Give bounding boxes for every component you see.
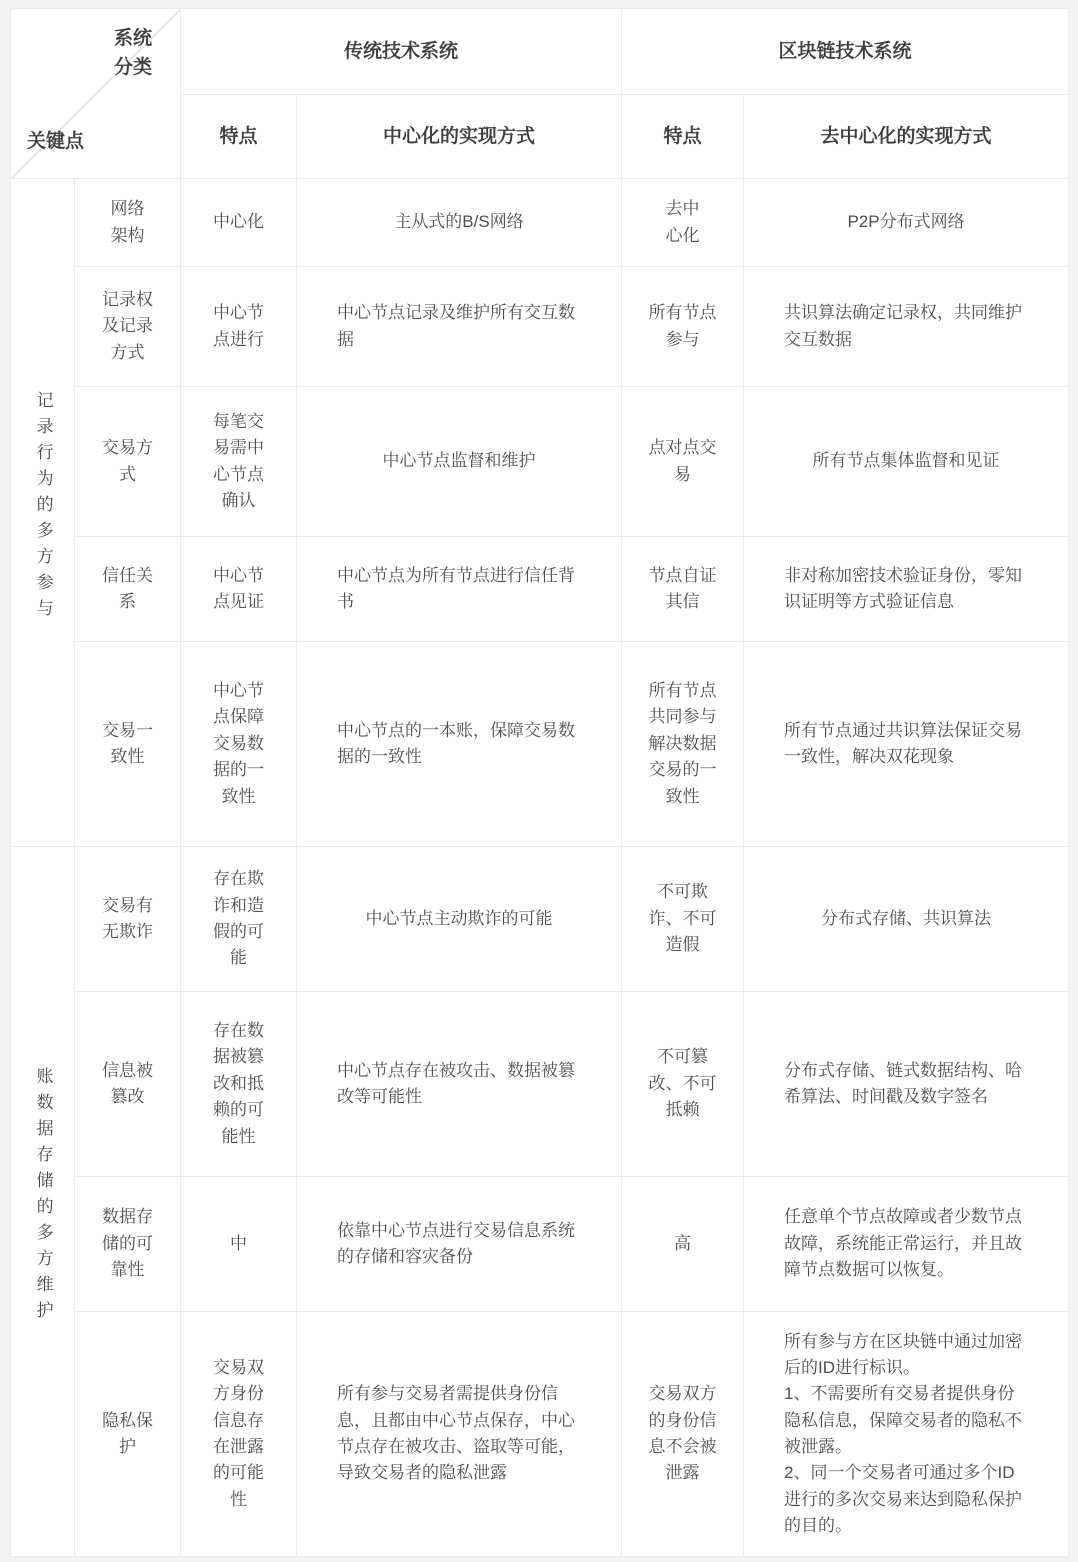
table-row: 记录权及记录方式中心节点进行中心节点记录及维护所有交互数据所有节点参与共识算法确… bbox=[11, 267, 1069, 387]
bc-impl-cell: 所有参与方在区块链中通过加密后的ID进行标识。 1、不需要所有交易者提供身份隐私… bbox=[744, 1312, 1069, 1557]
trad-feature-cell: 交易双方身份信息存在泄露的可能性 bbox=[181, 1312, 297, 1557]
row-group-label: 账数据存储的多方维护 bbox=[29, 1067, 55, 1327]
bc-feature-cell-text: 高 bbox=[648, 1231, 717, 1257]
table-row: 数据存储的可靠性中依靠中心节点进行交易信息系统的存储和容灾备份高任意单个节点故障… bbox=[11, 1177, 1069, 1312]
trad-feature-cell: 中心节点保障交易数据的一致性 bbox=[181, 642, 297, 847]
row-key-cell: 隐私保护 bbox=[75, 1312, 181, 1557]
trad-feature-cell: 中心化 bbox=[181, 179, 297, 267]
row-key-cell: 网络 架构 bbox=[75, 179, 181, 267]
trad-impl-cell-text: 中心节点记录及维护所有交互数据 bbox=[337, 300, 581, 353]
trad-feature-cell-text: 中心化 bbox=[207, 209, 270, 235]
bc-feature-cell: 点对点交易 bbox=[622, 387, 744, 537]
row-key-cell-text: 交易方式 bbox=[95, 435, 160, 488]
row-key-cell-text: 数据存储的可靠性 bbox=[95, 1204, 160, 1283]
bc-feature-cell-text: 不可篡改、不可抵赖 bbox=[648, 1044, 717, 1123]
trad-impl-cell: 中心节点主动欺诈的可能 bbox=[297, 847, 622, 992]
bc-feature-cell: 所有节点参与 bbox=[622, 267, 744, 387]
bc-impl-cell-text: 所有参与方在区块链中通过加密后的ID进行标识。 1、不需要所有交易者提供身份隐私… bbox=[784, 1329, 1028, 1540]
table-body: 记录行为的多方参与网络 架构中心化主从式的B/S网络去中 心化P2P分布式网络记… bbox=[11, 179, 1069, 1557]
bc-impl-cell-text: 所有节点通过共识算法保证交易一致性，解决双花现象 bbox=[784, 718, 1028, 771]
bc-impl-cell: P2P分布式网络 bbox=[744, 179, 1069, 267]
bc-feature-cell: 高 bbox=[622, 1177, 744, 1312]
bc-impl-cell: 所有节点通过共识算法保证交易一致性，解决双花现象 bbox=[744, 642, 1069, 847]
row-key-cell: 信息被篡改 bbox=[75, 992, 181, 1177]
row-key-cell: 信任关系 bbox=[75, 537, 181, 642]
header-blockchain-system: 区块链技术系统 bbox=[622, 9, 1069, 95]
trad-feature-cell: 每笔交易需中心节点确认 bbox=[181, 387, 297, 537]
row-key-cell-text: 交易一致性 bbox=[95, 718, 160, 771]
bc-feature-cell: 不可欺诈、不可造假 bbox=[622, 847, 744, 992]
row-key-cell-text: 交易有无欺诈 bbox=[95, 893, 160, 946]
bc-impl-cell-text: 非对称加密技术验证身份，零知识证明等方式验证信息 bbox=[784, 563, 1028, 616]
trad-impl-cell-text: 中心节点的一本账，保障交易数据的一致性 bbox=[337, 718, 581, 771]
table-row: 信任关系中心节点见证中心节点为所有节点进行信任背书节点自证其信非对称加密技术验证… bbox=[11, 537, 1069, 642]
trad-impl-cell: 中心节点为所有节点进行信任背书 bbox=[297, 537, 622, 642]
trad-impl-cell: 所有参与交易者需提供身份信息，且都由中心节点保存，中心节点存在被攻击、盗取等可能… bbox=[297, 1312, 622, 1557]
table-row: 交易方式每笔交易需中心节点确认中心节点监督和维护点对点交易所有节点集体监督和见证 bbox=[11, 387, 1069, 537]
row-key-cell: 记录权及记录方式 bbox=[75, 267, 181, 387]
bc-impl-cell-text: P2P分布式网络 bbox=[847, 209, 964, 235]
trad-impl-cell-text: 依靠中心节点进行交易信息系统的存储和容灾备份 bbox=[337, 1218, 581, 1271]
table-row: 交易一致性中心节点保障交易数据的一致性中心节点的一本账，保障交易数据的一致性所有… bbox=[11, 642, 1069, 847]
trad-impl-cell: 中心节点的一本账，保障交易数据的一致性 bbox=[297, 642, 622, 847]
trad-feature-cell: 存在数据被篡改和抵赖的可能性 bbox=[181, 992, 297, 1177]
trad-feature-cell-text: 中心节点见证 bbox=[207, 563, 270, 616]
bc-feature-cell-text: 点对点交易 bbox=[648, 435, 717, 488]
header-bc-implementation: 去中心化的实现方式 bbox=[744, 95, 1069, 179]
bc-feature-cell-text: 所有节点参与 bbox=[648, 300, 717, 353]
row-group-cell: 记录行为的多方参与 bbox=[11, 179, 75, 847]
trad-impl-cell-text: 所有参与交易者需提供身份信息，且都由中心节点保存，中心节点存在被攻击、盗取等可能… bbox=[337, 1381, 581, 1486]
header-trad-feature: 特点 bbox=[181, 95, 297, 179]
trad-feature-cell: 中心节点进行 bbox=[181, 267, 297, 387]
bc-impl-cell: 分布式存储、链式数据结构、哈希算法、时间戳及数字签名 bbox=[744, 992, 1069, 1177]
bc-feature-cell-text: 所有节点共同参与解决数据交易的一致性 bbox=[648, 678, 717, 810]
page: 系统 分类 关键点 传统技术系统 区块链技术系统 特点 中心化的实现方式 特点 … bbox=[0, 0, 1078, 1562]
trad-feature-cell: 中 bbox=[181, 1177, 297, 1312]
bc-feature-cell-text: 不可欺诈、不可造假 bbox=[648, 879, 717, 958]
trad-impl-cell: 中心节点存在被攻击、数据被篡改等可能性 bbox=[297, 992, 622, 1177]
trad-feature-cell-text: 存在欺诈和造假的可能 bbox=[207, 866, 270, 971]
row-key-cell-text: 网络 架构 bbox=[95, 196, 160, 249]
trad-impl-cell: 依靠中心节点进行交易信息系统的存储和容灾备份 bbox=[297, 1177, 622, 1312]
comparison-table: 系统 分类 关键点 传统技术系统 区块链技术系统 特点 中心化的实现方式 特点 … bbox=[10, 8, 1069, 1557]
bc-impl-cell: 共识算法确定记录权，共同维护交互数据 bbox=[744, 267, 1069, 387]
trad-impl-cell: 中心节点记录及维护所有交互数据 bbox=[297, 267, 622, 387]
trad-feature-cell-text: 每笔交易需中心节点确认 bbox=[207, 409, 270, 514]
row-group-label: 记录行为的多方参与 bbox=[29, 391, 55, 625]
corner-cell: 系统 分类 关键点 bbox=[11, 9, 181, 179]
table-row: 隐私保护交易双方身份信息存在泄露的可能性所有参与交易者需提供身份信息，且都由中心… bbox=[11, 1312, 1069, 1557]
bc-impl-cell: 所有节点集体监督和见证 bbox=[744, 387, 1069, 537]
trad-impl-cell-text: 主从式的B/S网络 bbox=[394, 209, 523, 235]
bc-feature-cell-text: 去中 心化 bbox=[648, 196, 717, 249]
bc-impl-cell-text: 分布式存储、链式数据结构、哈希算法、时间戳及数字签名 bbox=[784, 1058, 1028, 1111]
trad-impl-cell: 中心节点监督和维护 bbox=[297, 387, 622, 537]
bc-impl-cell-text: 任意单个节点故障或者少数节点故障，系统能正常运行，并且故障节点数据可以恢复。 bbox=[784, 1204, 1028, 1283]
trad-impl-cell-text: 中心节点为所有节点进行信任背书 bbox=[337, 563, 581, 616]
trad-feature-cell-text: 中心节点保障交易数据的一致性 bbox=[207, 678, 270, 810]
trad-impl-cell-text: 中心节点存在被攻击、数据被篡改等可能性 bbox=[337, 1058, 581, 1111]
bc-feature-cell-text: 节点自证其信 bbox=[648, 563, 717, 616]
trad-feature-cell-text: 存在数据被篡改和抵赖的可能性 bbox=[207, 1018, 270, 1150]
row-key-cell: 数据存储的可靠性 bbox=[75, 1177, 181, 1312]
bc-feature-cell: 所有节点共同参与解决数据交易的一致性 bbox=[622, 642, 744, 847]
header-bc-feature: 特点 bbox=[622, 95, 744, 179]
bc-impl-cell-text: 所有节点集体监督和见证 bbox=[813, 448, 1000, 474]
row-key-cell: 交易一致性 bbox=[75, 642, 181, 847]
row-key-cell: 交易有无欺诈 bbox=[75, 847, 181, 992]
trad-feature-cell: 存在欺诈和造假的可能 bbox=[181, 847, 297, 992]
corner-top-label: 系统 分类 bbox=[114, 25, 152, 82]
bc-feature-cell: 节点自证其信 bbox=[622, 537, 744, 642]
table-row: 账数据存储的多方维护交易有无欺诈存在欺诈和造假的可能中心节点主动欺诈的可能不可欺… bbox=[11, 847, 1069, 992]
table-row: 信息被篡改存在数据被篡改和抵赖的可能性中心节点存在被攻击、数据被篡改等可能性不可… bbox=[11, 992, 1069, 1177]
trad-impl-cell: 主从式的B/S网络 bbox=[297, 179, 622, 267]
bc-feature-cell-text: 交易双方的身份信息不会被泄露 bbox=[648, 1381, 717, 1486]
trad-feature-cell-text: 交易双方身份信息存在泄露的可能性 bbox=[207, 1355, 270, 1513]
header-traditional-system: 传统技术系统 bbox=[181, 9, 622, 95]
table-header: 系统 分类 关键点 传统技术系统 区块链技术系统 特点 中心化的实现方式 特点 … bbox=[11, 9, 1069, 179]
bc-feature-cell: 交易双方的身份信息不会被泄露 bbox=[622, 1312, 744, 1557]
header-row-systems: 系统 分类 关键点 传统技术系统 区块链技术系统 bbox=[11, 9, 1069, 95]
bc-feature-cell: 去中 心化 bbox=[622, 179, 744, 267]
bc-impl-cell-text: 共识算法确定记录权，共同维护交互数据 bbox=[784, 300, 1028, 353]
row-key-cell-text: 信任关系 bbox=[95, 563, 160, 616]
row-group-cell: 账数据存储的多方维护 bbox=[11, 847, 75, 1557]
trad-impl-cell-text: 中心节点主动欺诈的可能 bbox=[366, 906, 553, 932]
bc-impl-cell: 任意单个节点故障或者少数节点故障，系统能正常运行，并且故障节点数据可以恢复。 bbox=[744, 1177, 1069, 1312]
header-trad-implementation: 中心化的实现方式 bbox=[297, 95, 622, 179]
row-key-cell-text: 隐私保护 bbox=[95, 1408, 160, 1461]
trad-feature-cell-text: 中 bbox=[207, 1231, 270, 1257]
trad-impl-cell-text: 中心节点监督和维护 bbox=[383, 448, 536, 474]
row-key-cell: 交易方式 bbox=[75, 387, 181, 537]
bc-feature-cell: 不可篡改、不可抵赖 bbox=[622, 992, 744, 1177]
trad-feature-cell-text: 中心节点进行 bbox=[207, 300, 270, 353]
bc-impl-cell: 分布式存储、共识算法 bbox=[744, 847, 1069, 992]
table-row: 记录行为的多方参与网络 架构中心化主从式的B/S网络去中 心化P2P分布式网络 bbox=[11, 179, 1069, 267]
row-key-cell-text: 信息被篡改 bbox=[95, 1058, 160, 1111]
bc-impl-cell-text: 分布式存储、共识算法 bbox=[821, 906, 991, 932]
corner-bottom-label: 关键点 bbox=[27, 127, 84, 156]
trad-feature-cell: 中心节点见证 bbox=[181, 537, 297, 642]
row-key-cell-text: 记录权及记录方式 bbox=[95, 287, 160, 366]
bc-impl-cell: 非对称加密技术验证身份，零知识证明等方式验证信息 bbox=[744, 537, 1069, 642]
